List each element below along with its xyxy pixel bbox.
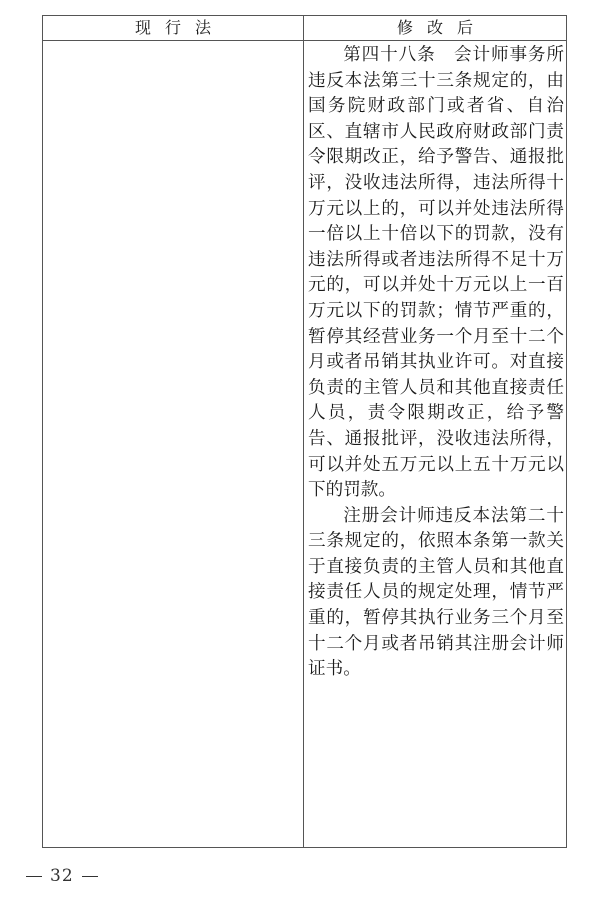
header-current-law: 现行法 xyxy=(43,16,303,40)
comparison-table: 现行法 修改后 第四十八条 会计师事务所违反本法第三十三条规定的，由国务院财政部… xyxy=(42,15,567,848)
article-48-paragraph-2: 注册会计师违反本法第二十三条规定的，依照本条第一款关于直接负责的主管人员和其他直… xyxy=(308,504,564,683)
page-number: 32 xyxy=(18,866,106,886)
dash-right xyxy=(82,876,98,877)
article-48-paragraph-1: 第四十八条 会计师事务所违反本法第三十三条规定的，由国务院财政部门或者省、自治区… xyxy=(308,43,564,504)
page-number-value: 32 xyxy=(50,866,74,886)
dash-left xyxy=(26,876,42,877)
header-amended: 修改后 xyxy=(304,16,566,40)
amended-cell: 第四十八条 会计师事务所违反本法第三十三条规定的，由国务院财政部门或者省、自治区… xyxy=(308,43,564,683)
column-divider xyxy=(303,16,304,847)
table-header-row: 现行法 修改后 xyxy=(43,16,566,41)
